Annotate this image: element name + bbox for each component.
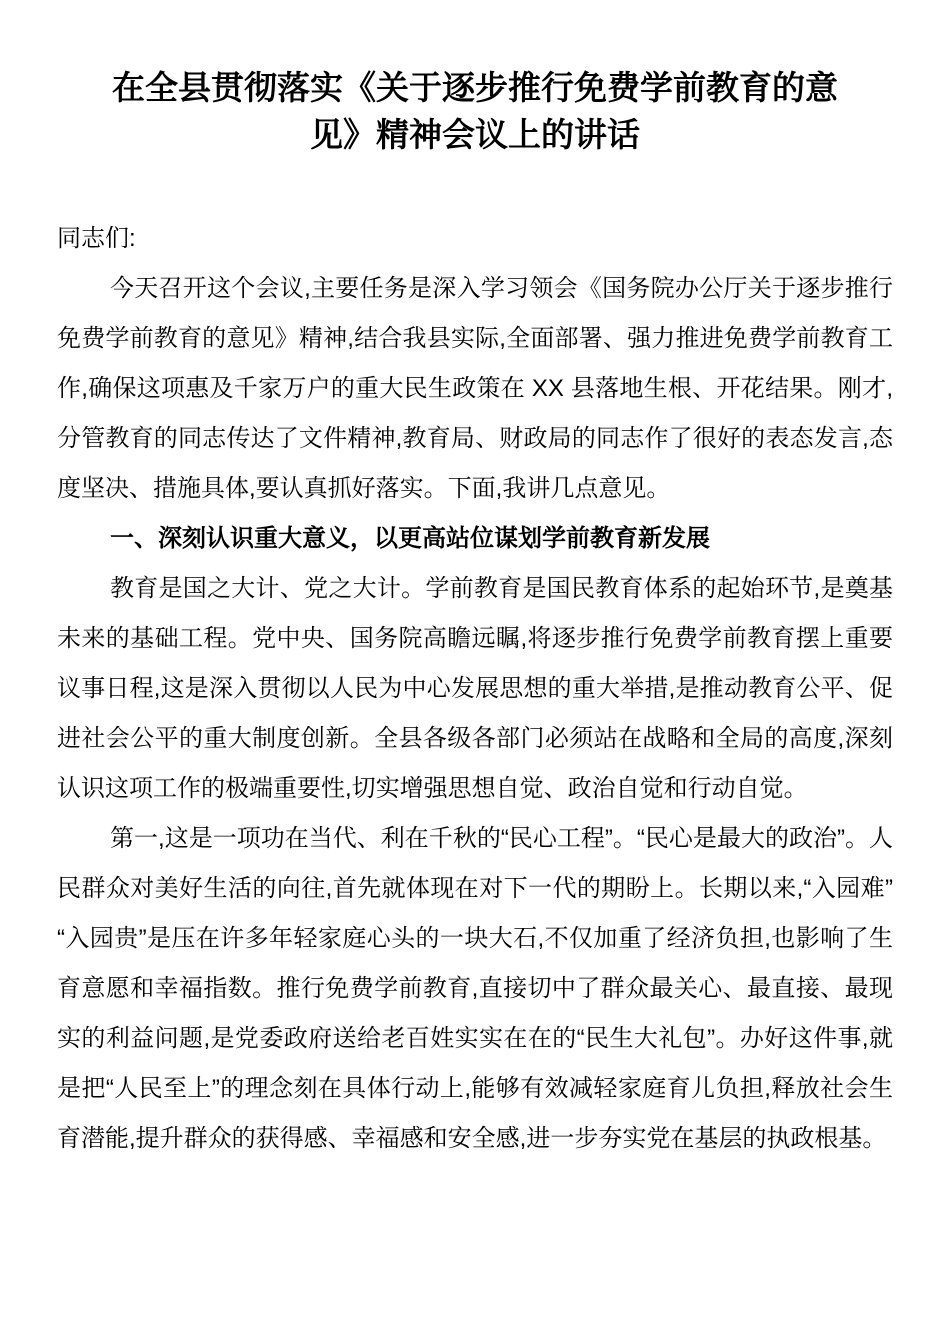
salutation: 同志们: — [57, 214, 893, 264]
page-title-line-1: 在全县贯彻落实《关于逐步推行免费学前教育的意 — [57, 64, 893, 111]
section-heading-1: 一、深刻认识重大意义，以更高站位谋划学前教育新发展 — [57, 514, 893, 564]
page-title: 在全县贯彻落实《关于逐步推行免费学前教育的意 见》精神会议上的讲话 — [57, 64, 893, 158]
page-title-line-2: 见》精神会议上的讲话 — [57, 111, 893, 158]
paragraph-significance: 教育是国之大计、党之大计。学前教育是国民教育体系的起始环节,是奠基未来的基础工程… — [57, 564, 893, 814]
document-page: 在全县贯彻落实《关于逐步推行免费学前教育的意 见》精神会议上的讲话 同志们: 今… — [0, 0, 950, 1344]
paragraph-intro: 今天召开这个会议,主要任务是深入学习领会《国务院办公厅关于逐步推行免费学前教育的… — [57, 264, 893, 514]
document-body: 同志们: 今天召开这个会议,主要任务是深入学习领会《国务院办公厅关于逐步推行免费… — [57, 214, 893, 1164]
paragraph-first-point: 第一,这是一项功在当代、利在千秋的“民心工程”。“民心是最大的政治”。人民群众对… — [57, 814, 893, 1164]
